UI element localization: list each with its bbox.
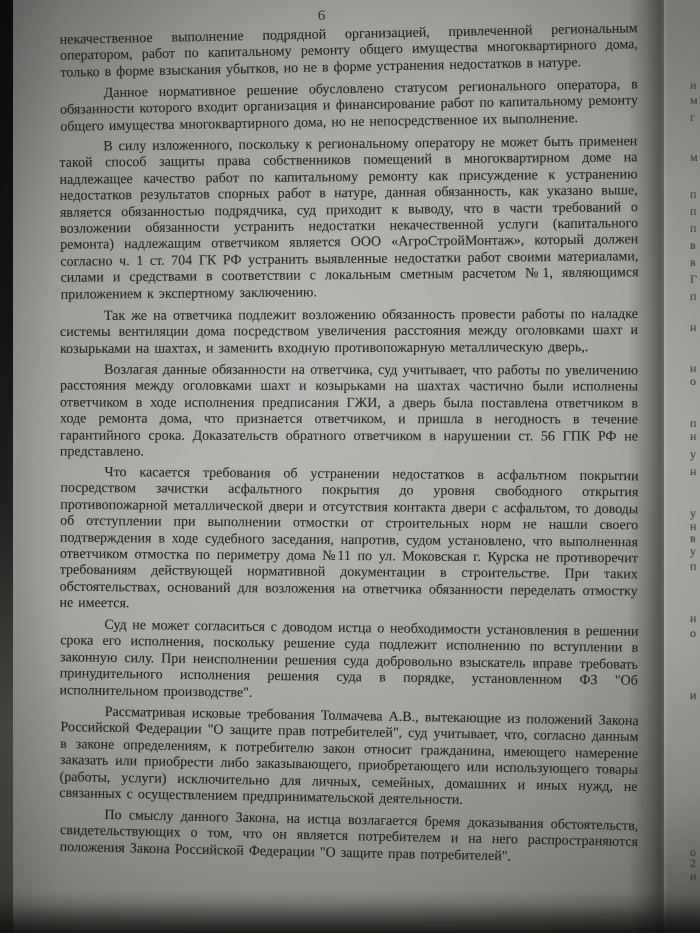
- facing-page-letter: и: [690, 78, 696, 93]
- paragraph: Что касается требования об устранении не…: [59, 465, 638, 617]
- facing-page-letter: п: [690, 204, 696, 219]
- facing-page-letter: п: [690, 559, 696, 574]
- facing-page-letter: п: [690, 221, 696, 236]
- facing-page-letter: Г: [690, 272, 697, 287]
- document-photo: 6 некачественное выполнение подрядной ор…: [0, 0, 700, 933]
- facing-page-letter: у: [690, 544, 696, 559]
- paragraph: Суд не может согласиться с доводом истца…: [59, 617, 638, 707]
- facing-page-letter: и: [690, 869, 696, 884]
- paragraph: Так же на ответчика подлежит возложению …: [60, 306, 638, 357]
- photo-left-edge-shadow: [0, 0, 13, 933]
- page-gutter-shadow: [628, 0, 668, 933]
- paragraph: В силу изложенного, поскольку к регионал…: [59, 135, 639, 305]
- facing-page-letter: и: [690, 688, 696, 703]
- facing-page-letter: п: [690, 289, 696, 304]
- facing-page-letter: у: [690, 447, 696, 462]
- facing-page-letter: п: [690, 187, 696, 202]
- paragraph: Рассматривая исковые требования Толмачев…: [59, 704, 639, 813]
- facing-page-letter: м: [690, 150, 698, 165]
- document-page: 6 некачественное выполнение подрядной ор…: [12, 0, 664, 933]
- facing-page-letter: о: [690, 374, 696, 389]
- facing-page-letter: н: [690, 429, 696, 444]
- facing-page-letter: о: [690, 626, 696, 641]
- facing-page-edge: имгмпппввГпннопнунунвупноио2и: [664, 0, 700, 933]
- paragraph: некачественное выполнение подрядной орга…: [60, 21, 639, 82]
- paragraph: По смыслу данного Закона, на истца возла…: [60, 807, 639, 868]
- facing-page-letter: н: [690, 611, 696, 626]
- paragraph: Возлагая данные обязанности на ответчика…: [60, 362, 638, 461]
- facing-page-letter: в: [690, 238, 696, 253]
- facing-page-letter: м: [690, 93, 698, 108]
- paragraph: Данное нормативное решение обусловлено с…: [60, 77, 639, 136]
- facing-page-letter: н: [690, 464, 696, 479]
- facing-page-letter: н: [690, 320, 696, 335]
- text-block: некачественное выполнение подрядной орга…: [60, 27, 638, 869]
- facing-page-letter: г: [690, 110, 695, 125]
- facing-page-letter: в: [690, 255, 696, 270]
